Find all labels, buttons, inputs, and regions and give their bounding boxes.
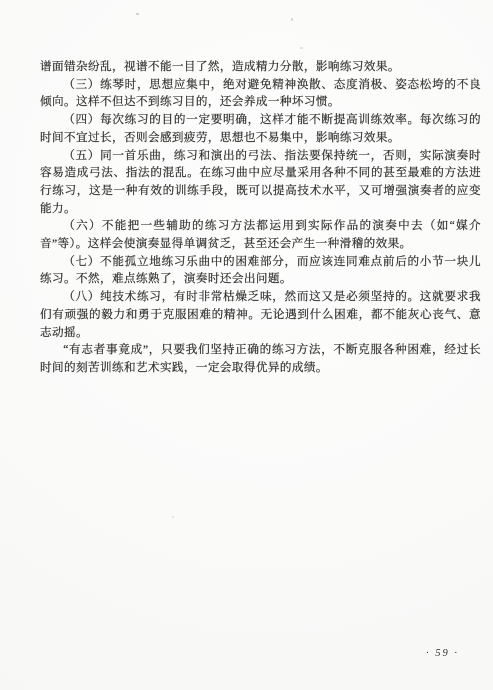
paragraph: （五）同一首乐曲，练习和演出的弓法、指法要保持统一，否则，实际演奏时容易造成弓法… xyxy=(40,147,481,218)
paragraph: 谱面错杂纷乱，视谱不能一目了然，造成精力分散，影响练习效果。 xyxy=(40,58,481,76)
paragraph: （七）不能孤立地练习乐曲中的困难部分，而应该连同难点前后的小节一块儿练习。不然，… xyxy=(40,253,481,288)
body-text: 谱面错杂纷乱，视谱不能一目了然，造成精力分散，影响练习效果。（三）练琴时，思想应… xyxy=(40,58,481,377)
scan-speck xyxy=(300,47,303,49)
paragraph: （三）练琴时，思想应集中，绝对避免精神涣散、态度消极、姿态松垮的不良倾向。这样不… xyxy=(40,76,481,111)
paragraph: （四）每次练习的目的一定要明确，这样才能不断提高训练效率。每次练习的时间不宜过长… xyxy=(40,111,481,146)
paragraph: （八）纯技术练习，有时非常枯燥乏味，然而这又是必须坚持的。这就要求我们有顽强的毅… xyxy=(40,288,481,341)
scan-speck xyxy=(291,18,293,21)
paragraph: “有志者事竟成”，只要我们坚持正确的练习方法，不断克服各种困难，经过长时间的刻苦… xyxy=(40,341,481,376)
page-number: · 59 · xyxy=(426,648,459,659)
book-page: 谱面错杂纷乱，视谱不能一目了然，造成精力分散，影响练习效果。（三）练琴时，思想应… xyxy=(0,0,493,690)
scan-speck xyxy=(172,516,174,518)
scan-speck xyxy=(136,13,139,15)
paragraph: （六）不能把一些辅助的练习方法都运用到实际作品的演奏中去（如“媒介音”等）。这样… xyxy=(40,217,481,252)
